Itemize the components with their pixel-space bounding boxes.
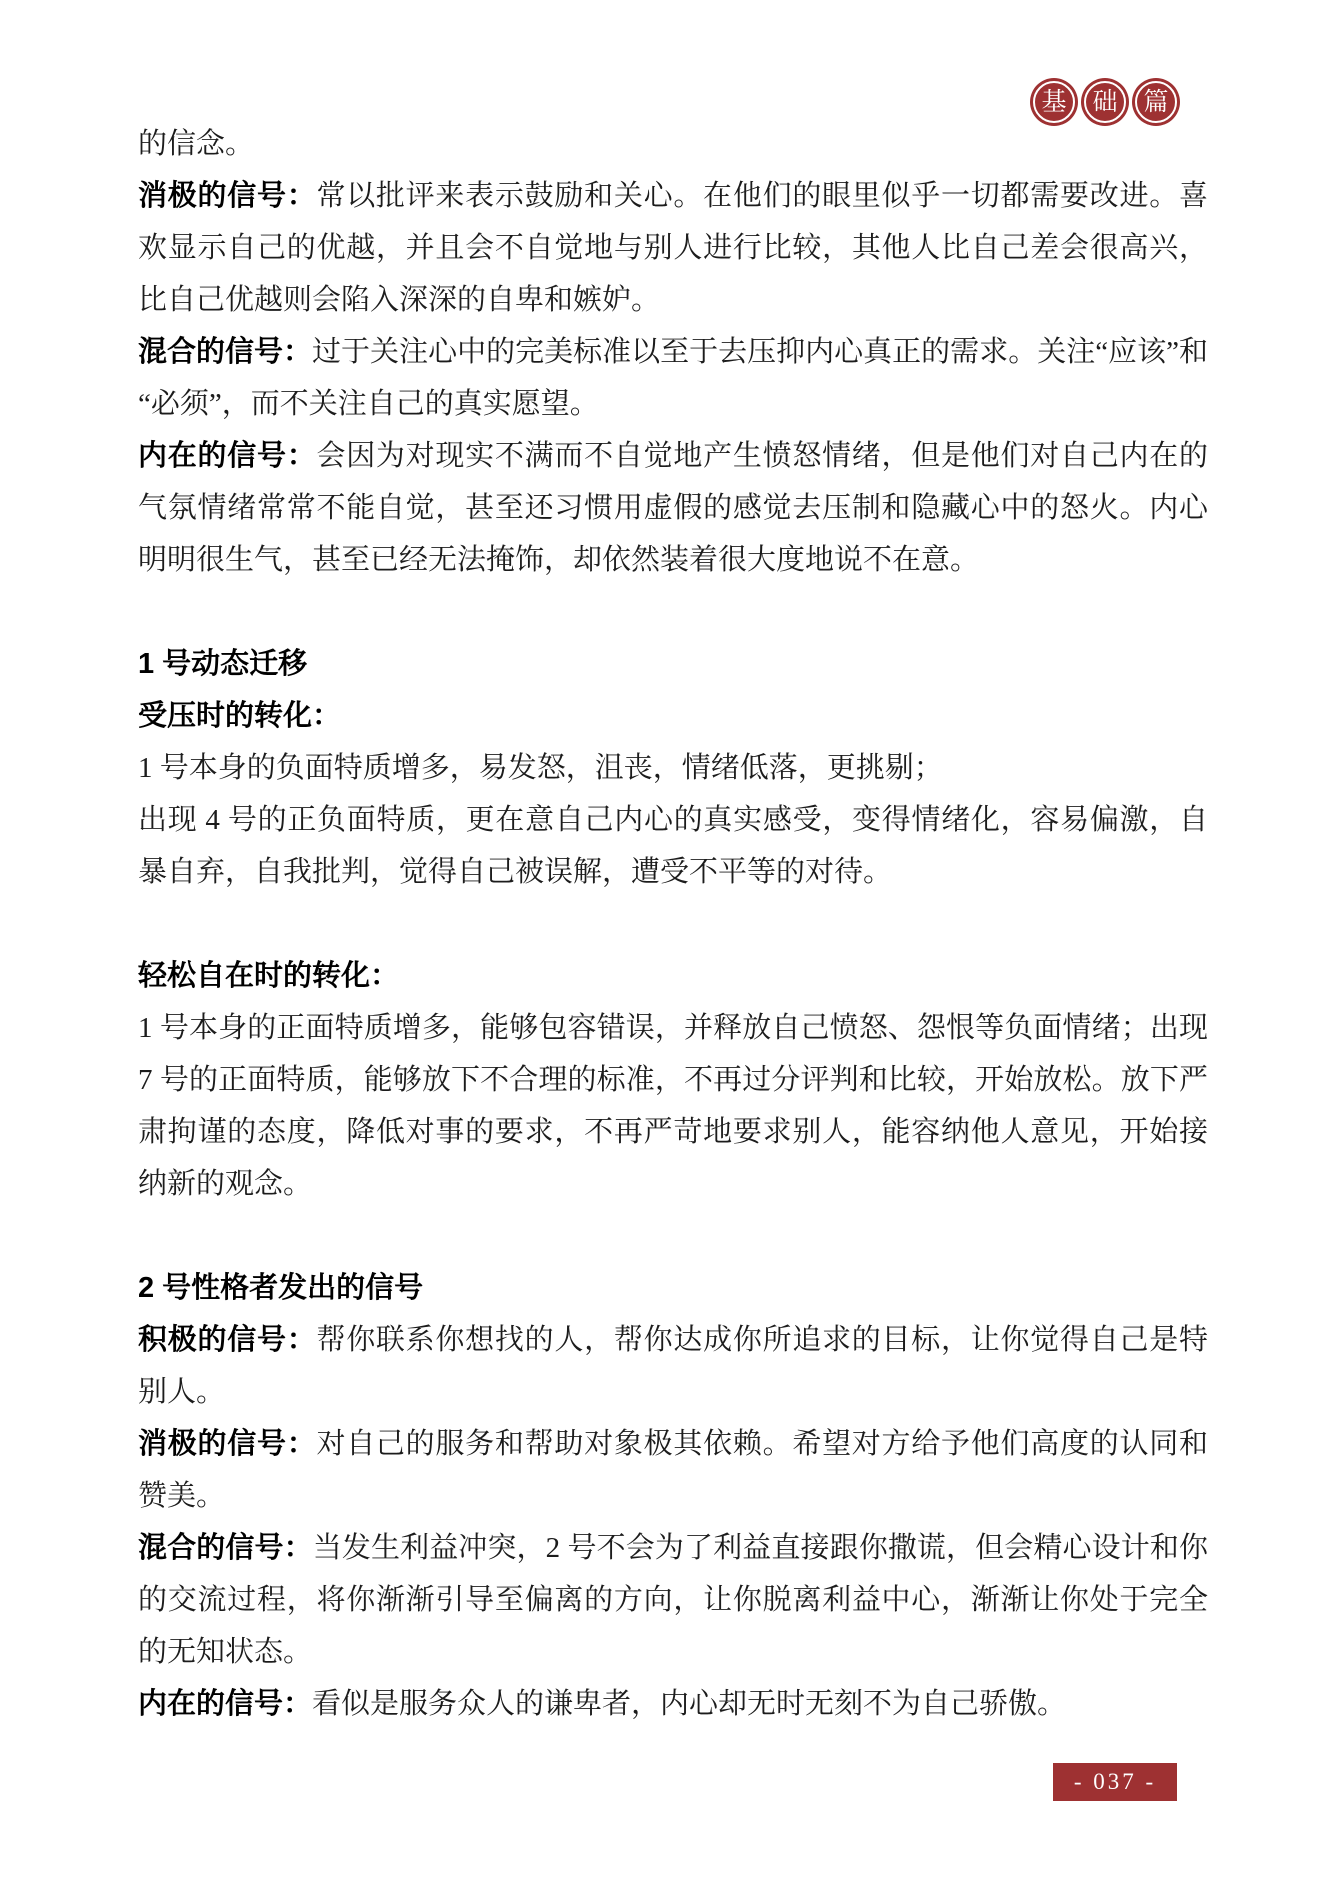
paragraph: 混合的信号：过于关注心中的完美标准以至于去压抑内心真正的需求。关注“应该”和“必…	[138, 326, 1208, 430]
paragraph: 内在的信号：会因为对现实不满而不自觉地产生愤怒情绪，但是他们对自己内在的气氛情绪…	[138, 430, 1208, 586]
signal-label: 消极的信号：	[138, 180, 316, 212]
page-number-badge: - 037 -	[1053, 1763, 1177, 1801]
badge-char: 篇	[1143, 90, 1168, 115]
signal-label: 积极的信号：	[138, 1324, 316, 1356]
paragraph: 1 号本身的正面特质增多，能够包容错误，并释放自己愤怒、怨恨等负面情绪；出现 7…	[138, 1002, 1208, 1210]
paragraph-text: 出现 4 号的正负面特质，更在意自己内心的真实感受，变得情绪化，容易偏激，自暴自…	[138, 804, 1208, 888]
page-number: - 037 -	[1074, 1769, 1156, 1795]
paragraph-text: 1 号本身的负面特质增多，易发怒，沮丧，情绪低落，更挑剔；	[138, 752, 943, 784]
paragraph: 的信念。	[138, 118, 1208, 170]
badge-char: 基	[1041, 90, 1066, 115]
section-heading: 1 号动态迁移	[138, 638, 1208, 690]
paragraph: 混合的信号：当发生利益冲突，2 号不会为了利益直接跟你撒谎，但会精心设计和你的交…	[138, 1522, 1208, 1678]
paragraph-text: 1 号本身的正面特质增多，能够包容错误，并释放自己愤怒、怨恨等负面情绪；出现 7…	[138, 1012, 1208, 1200]
signal-label: 内在的信号：	[138, 1688, 312, 1720]
signal-label: 内在的信号：	[138, 440, 316, 472]
paragraph: 内在的信号：看似是服务众人的谦卑者，内心却无时无刻不为自己骄傲。	[138, 1678, 1208, 1730]
paragraph: 出现 4 号的正负面特质，更在意自己内心的真实感受，变得情绪化，容易偏激，自暴自…	[138, 794, 1208, 898]
section-heading: 轻松自在时的转化：	[138, 950, 1208, 1002]
badge-char: 础	[1092, 90, 1117, 115]
paragraph-text: 的信念。	[138, 128, 254, 160]
section-gap	[138, 1210, 1208, 1262]
signal-label: 混合的信号：	[138, 336, 312, 368]
paragraph: 积极的信号：帮你联系你想找的人，帮你达成你所追求的目标，让你觉得自己是特别人。	[138, 1314, 1208, 1418]
signal-label: 消极的信号：	[138, 1428, 316, 1460]
document-page: 基 础 篇 的信念。消极的信号：常以批评来表示鼓励和关心。在他们的眼里似乎一切都…	[0, 0, 1339, 1890]
paragraph: 消极的信号：对自己的服务和帮助对象极其依赖。希望对方给予他们高度的认同和赞美。	[138, 1418, 1208, 1522]
section-gap	[138, 586, 1208, 638]
section-heading: 2 号性格者发出的信号	[138, 1262, 1208, 1314]
paragraph: 消极的信号：常以批评来表示鼓励和关心。在他们的眼里似乎一切都需要改进。喜欢显示自…	[138, 170, 1208, 326]
section-gap	[138, 898, 1208, 950]
paragraph: 1 号本身的负面特质增多，易发怒，沮丧，情绪低落，更挑剔；	[138, 742, 1208, 794]
section-heading: 受压时的转化：	[138, 690, 1208, 742]
page-content: 的信念。消极的信号：常以批评来表示鼓励和关心。在他们的眼里似乎一切都需要改进。喜…	[138, 118, 1208, 1730]
paragraph-text: 看似是服务众人的谦卑者，内心却无时无刻不为自己骄傲。	[312, 1688, 1066, 1720]
signal-label: 混合的信号：	[138, 1532, 313, 1564]
